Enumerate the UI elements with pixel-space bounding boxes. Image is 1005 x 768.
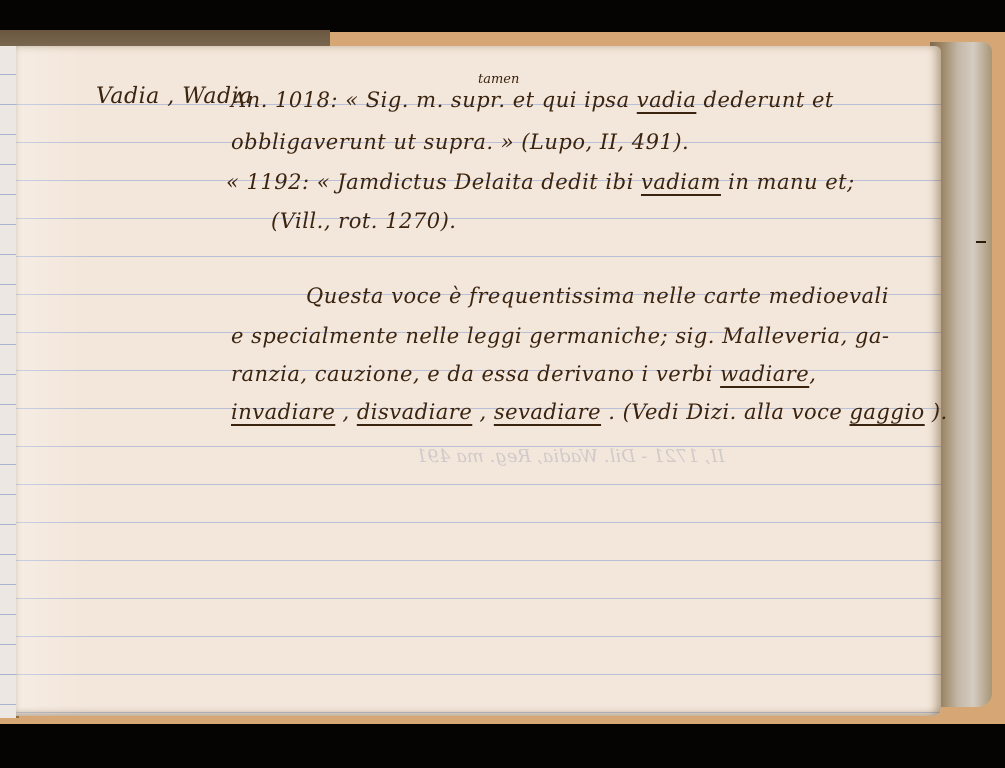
underlined-term: vadiam [641,170,721,194]
line-text: . (Vedi Dizi. alla voce [601,400,849,424]
entry-line-2: obbligaverunt ut supra. » (Lupo, II, 491… [231,132,689,153]
entry-line-6: e specialmente nelle leggi germaniche; s… [231,326,889,347]
line-text: e specialmente nelle leggi germaniche; s… [231,324,889,348]
line-text: obbligaverunt ut supra. » (Lupo, II, 491… [231,130,689,154]
line-text: « 1192: « Jamdictus Delaita dedit ibi [226,170,641,194]
line-text: , [335,400,357,424]
underlined-term: disvadiare [357,400,472,424]
line-text: ). [925,400,948,424]
entry-line-4: (Vill., rot. 1270). [271,211,456,232]
headword: Vadia , Wadia [96,86,253,108]
entry-line-1: An. 1018: « Sig. m. supr. et qui ipsa va… [231,90,834,111]
underlined-term: gaggio [849,400,924,424]
line-text: (Vill., rot. 1270). [271,209,456,233]
bleed-through-text: II, 1721 - Dil. Wadia, Reg. ma 491 [416,446,725,467]
line-text: in manu et; [721,170,855,194]
underlined-term: sevadiare [494,400,601,424]
entry-line-5: Questa voce è frequentissima nelle carte… [306,286,889,307]
line-text: , [809,362,816,386]
line-text: , [472,400,494,424]
interlinear-note: tamen [478,72,519,87]
line-text: dederunt et [696,88,834,112]
notebook-page: II, 1721 - Dil. Wadia, Reg. ma 491 Vadia… [16,46,941,716]
underlined-term: vadia [637,88,697,112]
underlined-term: wadiare [720,362,809,386]
entry-line-7: ranzia, cauzione, e da essa derivano i v… [231,364,816,385]
entry-line-3: « 1192: « Jamdictus Delaita dedit ibi va… [226,172,855,193]
line-text: An. 1018: « Sig. m. supr. et qui ipsa [231,88,637,112]
line-text: Questa voce è frequentissima nelle carte… [306,284,889,308]
line-text: ranzia, cauzione, e da essa derivano i v… [231,362,720,386]
entry-line-8: invadiare , disvadiare , sevadiare . (Ve… [231,402,948,423]
underlined-term: invadiare [231,400,335,424]
margin-tick [976,241,986,243]
